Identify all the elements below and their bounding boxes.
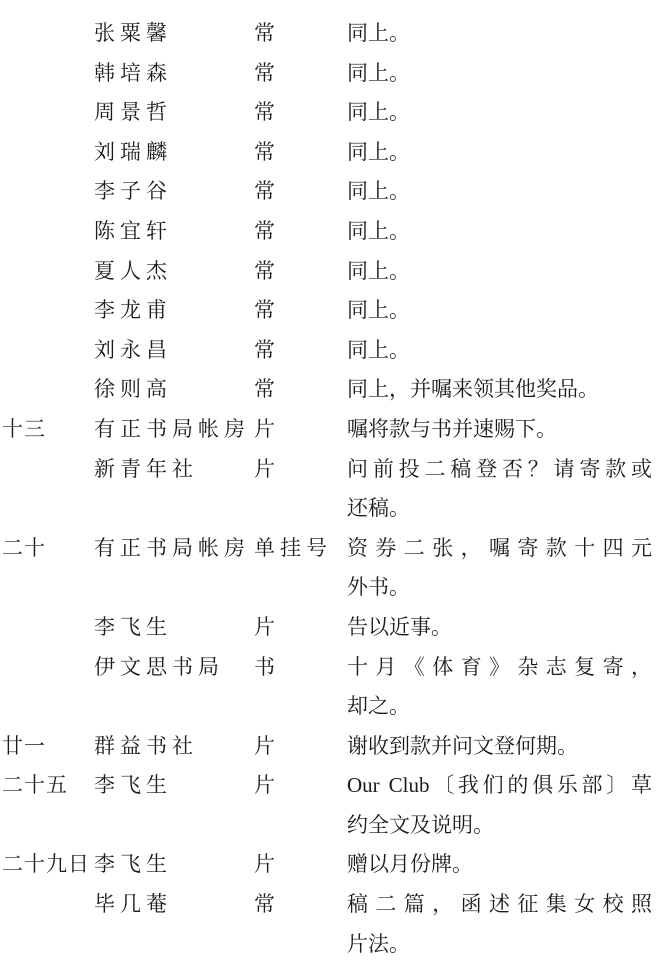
recipient-cell: 新青年社 — [94, 450, 254, 490]
content-line: 片法。 — [347, 925, 652, 960]
date-cell: 二十 — [2, 529, 94, 569]
mail-type-cell: 常 — [254, 331, 347, 371]
content-line: Our Club〔我们的俱乐部〕草 — [347, 766, 652, 806]
recipient-cell: 伊文思书局 — [94, 648, 254, 688]
recipient-cell: 有正书局帐房 — [94, 529, 254, 569]
content-line: 资券二张，嘱寄款十四元 — [347, 529, 652, 569]
content-cell: 谢收到款并问文登何期。 — [347, 727, 652, 767]
mail-type-cell: 常 — [254, 885, 347, 925]
recipient-cell: 夏人杰 — [94, 252, 254, 292]
mail-type-cell: 片 — [254, 766, 347, 806]
recipient-cell: 徐则高 — [94, 370, 254, 410]
mail-type-cell: 常 — [254, 212, 347, 252]
table-row: 夏人杰 常 同上。 — [2, 252, 664, 292]
mail-type-cell: 片 — [254, 410, 347, 450]
content-cell: 同上。 — [347, 212, 652, 252]
content-line: 问前投二稿登否？请寄款或 — [347, 450, 652, 490]
content-line: 赠以月份牌。 — [347, 845, 652, 885]
recipient-cell: 韩培森 — [94, 54, 254, 94]
content-cell: 同上。 — [347, 14, 652, 54]
mail-type-cell: 片 — [254, 845, 347, 885]
recipient-cell: 李飞生 — [94, 845, 254, 885]
content-cell: 同上，并嘱来领其他奖品。 — [347, 370, 652, 410]
recipient-cell: 毕几菴 — [94, 885, 254, 925]
mail-type-cell: 常 — [254, 370, 347, 410]
table-row: 徐则高 常 同上，并嘱来领其他奖品。 — [2, 370, 664, 410]
content-line: 告以近事。 — [347, 608, 652, 648]
mail-type-cell: 常 — [254, 252, 347, 292]
table-row: 廿一 群益书社 片 谢收到款并问文登何期。 — [2, 727, 664, 767]
recipient-cell: 李龙甫 — [94, 291, 254, 331]
mail-type-cell: 片 — [254, 727, 347, 767]
mail-type-cell: 常 — [254, 291, 347, 331]
recipient-cell: 陈宜轩 — [94, 212, 254, 252]
table-row: 韩培森 常 同上。 — [2, 54, 664, 94]
content-line: 同上。 — [347, 14, 652, 54]
content-line: 还稿。 — [347, 489, 652, 529]
table-row: 新青年社 片 问前投二稿登否？请寄款或还稿。 — [2, 450, 664, 529]
recipient-cell: 李子谷 — [94, 172, 254, 212]
table-row: 毕几菴 常 稿二篇，函述征集女校照片法。 — [2, 885, 664, 960]
content-line: 稿二篇，函述征集女校照 — [347, 885, 652, 925]
content-cell: 同上。 — [347, 291, 652, 331]
content-line: 同上。 — [347, 291, 652, 331]
table-row: 伊文思书局 书 十月《体育》杂志复寄，却之。 — [2, 648, 664, 727]
content-line: 同上。 — [347, 252, 652, 292]
document-page: 张粟馨 常 同上。 韩培森 常 同上。 周景哲 常 同上。 刘瑞麟 常 同上。 … — [0, 0, 664, 960]
content-line: 同上，并嘱来领其他奖品。 — [347, 370, 652, 410]
table-row: 十三 有正书局帐房 片 嘱将款与书并速赐下。 — [2, 410, 664, 450]
mail-type-cell: 常 — [254, 172, 347, 212]
content-cell: 同上。 — [347, 331, 652, 371]
date-cell: 廿一 — [2, 727, 94, 767]
recipient-cell: 周景哲 — [94, 93, 254, 133]
content-line: 同上。 — [347, 212, 652, 252]
content-line: 约全文及说明。 — [347, 806, 652, 846]
recipient-cell: 有正书局帐房 — [94, 410, 254, 450]
table-row: 二十九日 李飞生 片 赠以月份牌。 — [2, 845, 664, 885]
content-line: 同上。 — [347, 54, 652, 94]
table-row: 刘永昌 常 同上。 — [2, 331, 664, 371]
table-row: 陈宜轩 常 同上。 — [2, 212, 664, 252]
table-row: 李龙甫 常 同上。 — [2, 291, 664, 331]
table-row: 李子谷 常 同上。 — [2, 172, 664, 212]
content-line: 同上。 — [347, 331, 652, 371]
content-cell: 同上。 — [347, 54, 652, 94]
mail-type-cell: 单挂号 — [254, 529, 347, 569]
table-row: 二十五 李飞生 片 Our Club〔我们的俱乐部〕草约全文及说明。 — [2, 766, 664, 845]
recipient-cell: 张粟馨 — [94, 14, 254, 54]
content-cell: Our Club〔我们的俱乐部〕草约全文及说明。 — [347, 766, 652, 845]
mail-type-cell: 书 — [254, 648, 347, 688]
content-cell: 赠以月份牌。 — [347, 845, 652, 885]
content-line: 却之。 — [347, 687, 652, 727]
mail-type-cell: 常 — [254, 93, 347, 133]
recipient-cell: 李飞生 — [94, 608, 254, 648]
content-line: 同上。 — [347, 172, 652, 212]
mail-type-cell: 常 — [254, 54, 347, 94]
content-cell: 同上。 — [347, 93, 652, 133]
content-cell: 十月《体育》杂志复寄，却之。 — [347, 648, 652, 727]
mail-type-cell: 片 — [254, 608, 347, 648]
content-cell: 资券二张，嘱寄款十四元外书。 — [347, 529, 652, 608]
table-row: 二十 有正书局帐房 单挂号 资券二张，嘱寄款十四元外书。 — [2, 529, 664, 608]
content-cell: 同上。 — [347, 172, 652, 212]
content-line: 同上。 — [347, 93, 652, 133]
recipient-cell: 李飞生 — [94, 766, 254, 806]
content-cell: 稿二篇，函述征集女校照片法。 — [347, 885, 652, 960]
content-cell: 问前投二稿登否？请寄款或还稿。 — [347, 450, 652, 529]
date-cell: 二十五 — [2, 766, 94, 806]
content-line: 外书。 — [347, 568, 652, 608]
date-cell: 十三 — [2, 410, 94, 450]
content-cell: 同上。 — [347, 252, 652, 292]
content-line: 十月《体育》杂志复寄， — [347, 648, 652, 688]
table-row: 李飞生 片 告以近事。 — [2, 608, 664, 648]
content-line: 嘱将款与书并速赐下。 — [347, 410, 652, 450]
recipient-cell: 群益书社 — [94, 727, 254, 767]
date-cell: 二十九日 — [2, 845, 94, 885]
mail-type-cell: 常 — [254, 133, 347, 173]
table-row: 周景哲 常 同上。 — [2, 93, 664, 133]
correspondence-table: 张粟馨 常 同上。 韩培森 常 同上。 周景哲 常 同上。 刘瑞麟 常 同上。 … — [2, 14, 664, 960]
mail-type-cell: 常 — [254, 14, 347, 54]
content-line: 同上。 — [347, 133, 652, 173]
table-row: 刘瑞麟 常 同上。 — [2, 133, 664, 173]
content-cell: 告以近事。 — [347, 608, 652, 648]
mail-type-cell: 片 — [254, 450, 347, 490]
recipient-cell: 刘瑞麟 — [94, 133, 254, 173]
content-cell: 同上。 — [347, 133, 652, 173]
content-line: 谢收到款并问文登何期。 — [347, 727, 652, 767]
table-row: 张粟馨 常 同上。 — [2, 14, 664, 54]
content-cell: 嘱将款与书并速赐下。 — [347, 410, 652, 450]
recipient-cell: 刘永昌 — [94, 331, 254, 371]
